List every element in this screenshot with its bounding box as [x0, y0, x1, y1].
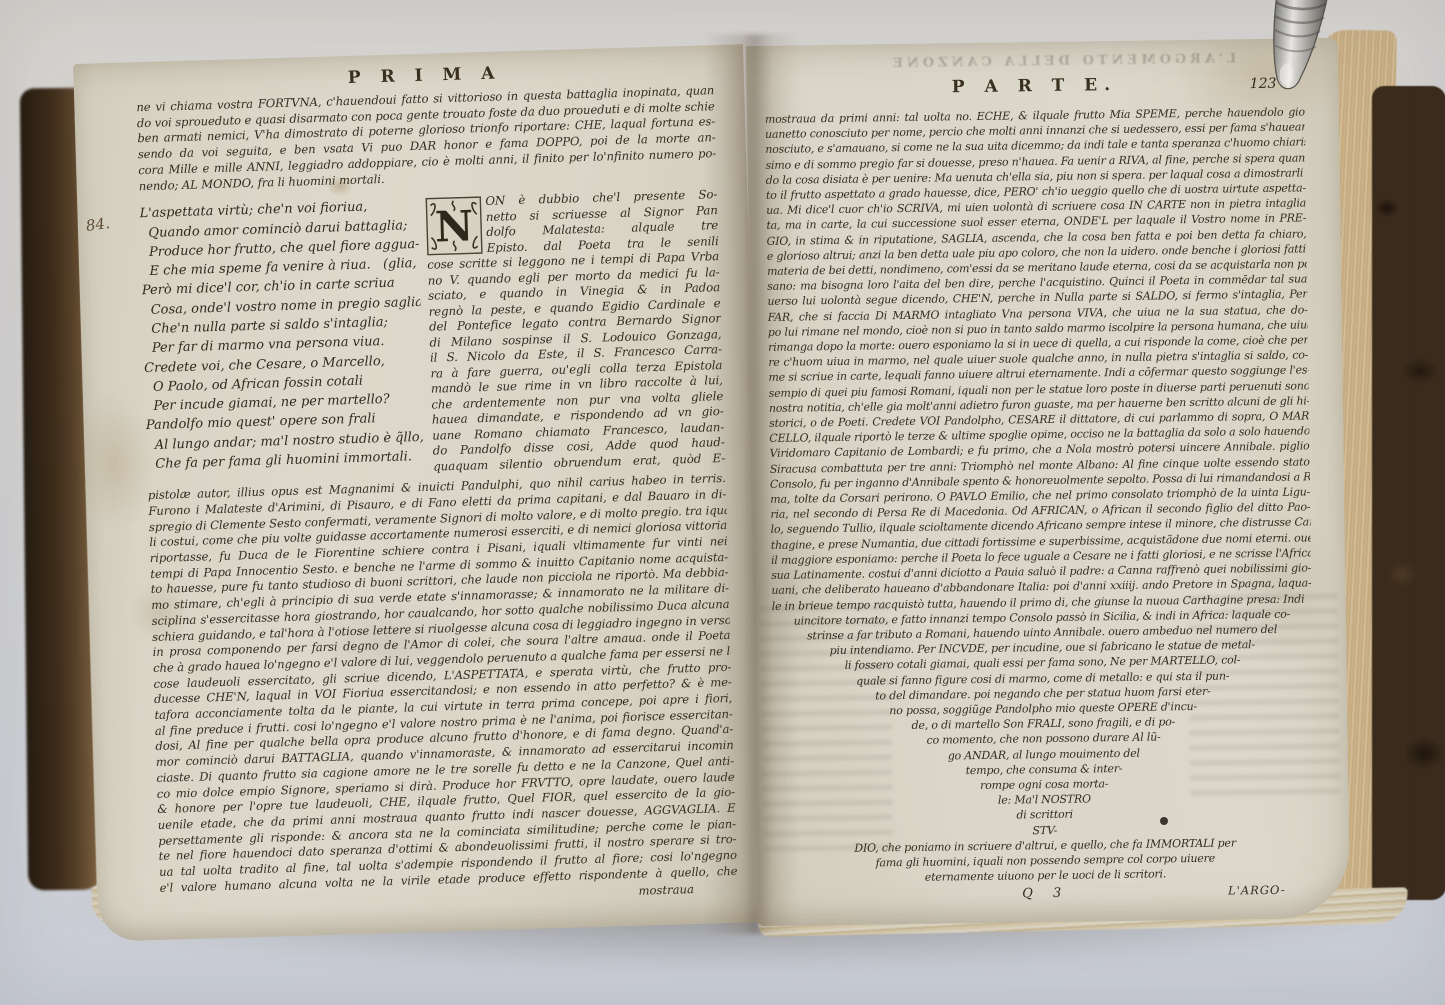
- dropcap-letter: N: [434, 202, 474, 252]
- handwritten-folio-note: 84.: [85, 214, 111, 235]
- commentary-column: N N ON è dubbio che'l presente So-netto …: [425, 187, 725, 475]
- book-photo: P R I M A 84. ne vi chiama vostra FORTVN…: [0, 0, 1445, 1005]
- back-cover-board: [1372, 86, 1445, 900]
- commentary-body: mostraua da primi anni: tal uolta no. EC…: [765, 104, 1312, 613]
- ink-spot: [1160, 817, 1168, 825]
- bleedthrough-mirrored-title: L'ARGOMENTO DELLA CANZONE: [806, 51, 1236, 72]
- header-row: P A R T E. 123: [764, 72, 1304, 104]
- two-column-section: L'aspettata virtù; che'n voi fioriua, Qu…: [139, 187, 725, 483]
- catchword-right: L'ARGO-: [1228, 883, 1286, 898]
- silver-clasp-icon: [1250, 0, 1342, 113]
- right-page: L'ARGOMENTO DELLA CANZONE P A R T E. 123…: [746, 38, 1350, 926]
- tapered-colophon-text: uincitore tornato, e fatto innanzi tempo…: [772, 606, 1315, 842]
- running-head-right: P A R T E.: [952, 75, 1118, 97]
- woodcut-initial-N: N N: [425, 196, 483, 256]
- gathering-signature: Q 3: [1022, 886, 1069, 902]
- sonnet: L'aspettata virtù; che'n voi fioriua, Qu…: [139, 196, 425, 483]
- closing-lines: DIO, che poniamo in scriuere d'altrui, e…: [775, 834, 1316, 887]
- intro-paragraph: ne vi chiama vostra FORTVNA, c'hauendoui…: [136, 83, 717, 194]
- commentary-full-width: pistolæ autor, illius opus est Magnanimi…: [148, 471, 738, 896]
- left-page: P R I M A 84. ne vi chiama vostra FORTVN…: [73, 44, 769, 941]
- signature-row: Q 3 L'ARGO-: [776, 883, 1316, 911]
